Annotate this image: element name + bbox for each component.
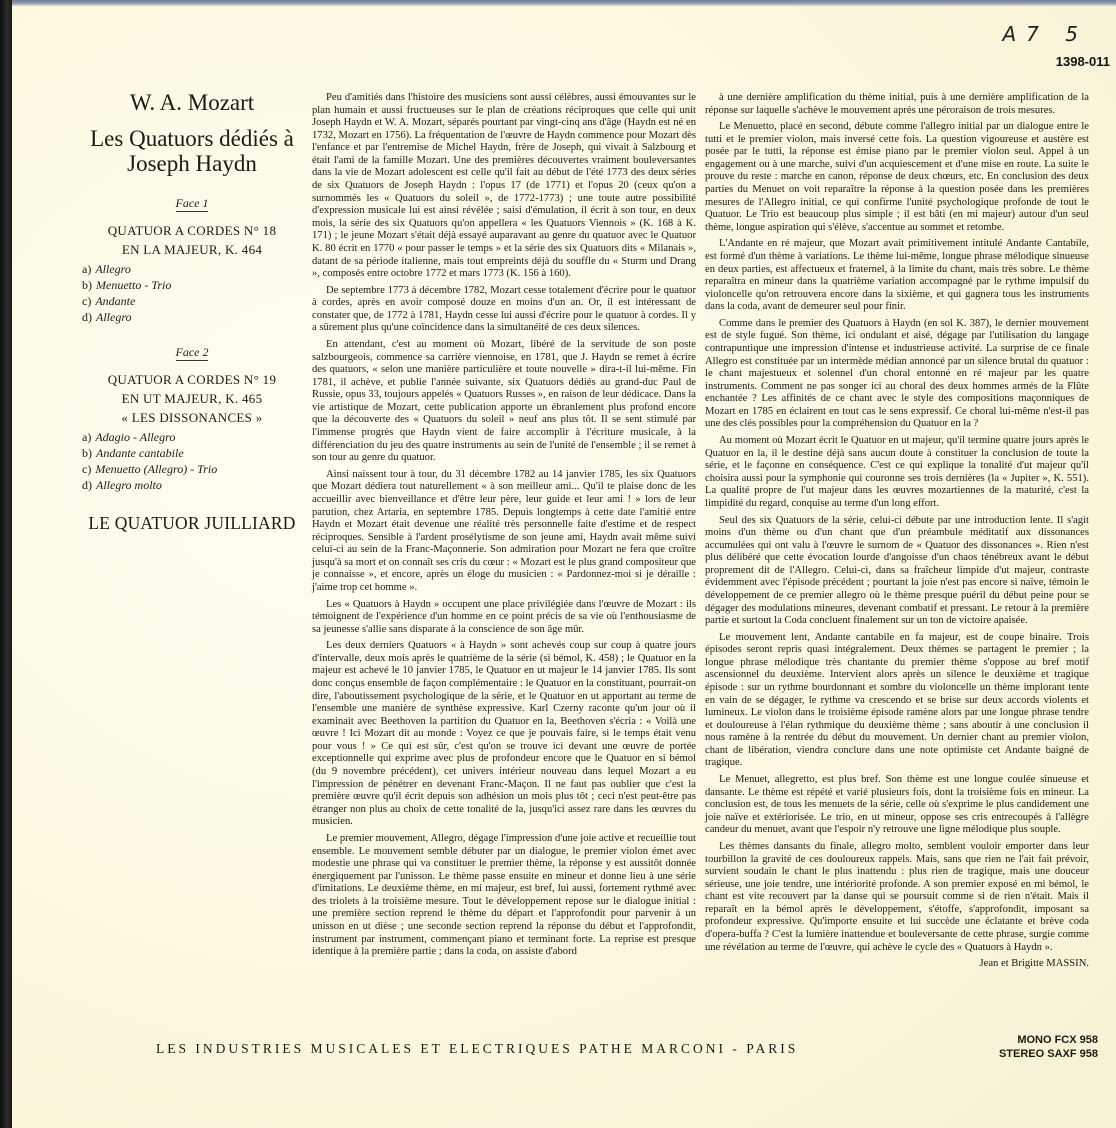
sleeve-spine: [0, 0, 12, 1128]
work-title-line: QUATUOR A CORDES N° 18: [82, 223, 302, 239]
liner-note-paragraph: Au moment où Mozart écrit le Quatuor en …: [705, 435, 1089, 510]
liner-note-paragraph: L'Andante en ré majeur, que Mozart avait…: [705, 238, 1089, 313]
movement-item: b)Andante cantabile: [82, 445, 302, 461]
movement-title: Allegro: [96, 310, 132, 324]
movement-title: Andante: [95, 294, 135, 308]
face-label: Face 2: [82, 345, 302, 360]
liner-notes-column-1: Peu d'amitiés dans l'histoire des musici…: [312, 92, 696, 963]
movement-marker: d): [82, 478, 92, 492]
movement-title: Menuetto (Allegro) - Trio: [95, 462, 217, 476]
movement-title: Menuetto - Trio: [96, 278, 171, 292]
tracklist-panel: W. A. Mozart Les Quatuors dédiés à Josep…: [82, 90, 302, 534]
movement-item: a)Allegro: [82, 261, 302, 277]
mono-reference: MONO FCX 958: [999, 1033, 1098, 1047]
liner-note-paragraph: Ainsi naissent tour à tour, du 31 décemb…: [312, 469, 696, 595]
movement-item: b)Menuetto - Trio: [82, 277, 302, 293]
liner-note-paragraph: Les deux derniers Quatuors « à Haydn » s…: [312, 640, 696, 829]
composer-name: W. A. Mozart: [82, 90, 302, 116]
liner-note-paragraph: Seul des six Quatuors de la série, celui…: [705, 515, 1089, 628]
catalog-references: MONO FCX 958 STEREO SAXF 958: [999, 1033, 1098, 1061]
movement-item: c)Menuetto (Allegro) - Trio: [82, 461, 302, 477]
performer-name: LE QUATUOR JUILLIARD: [82, 513, 302, 534]
liner-note-paragraph: Peu d'amitiés dans l'histoire des musici…: [312, 92, 696, 281]
liner-note-paragraph: Le premier mouvement, Allegro, dégage l'…: [312, 833, 696, 959]
movement-item: d)Allegro molto: [82, 477, 302, 493]
handwritten-annotation: A7 5: [1003, 22, 1089, 46]
movement-title: Andante cantabile: [96, 446, 184, 460]
liner-note-paragraph: En attendant, c'est au moment où Mozart,…: [312, 339, 696, 465]
faces-list: Face 1QUATUOR A CORDES N° 18EN LA MAJEUR…: [82, 196, 302, 493]
publisher-line: LES INDUSTRIES MUSICALES ET ELECTRIQUES …: [156, 1041, 798, 1057]
liner-note-paragraph: Le Menuetto, placé en second, débute com…: [705, 121, 1089, 234]
liner-note-paragraph: De septembre 1773 à décembre 1782, Mozar…: [312, 285, 696, 335]
liner-note-paragraph: Le mouvement lent, Andante cantabile en …: [705, 632, 1089, 770]
movement-title: Allegro molto: [96, 478, 162, 492]
liner-note-paragraph: Les thèmes dansants du finale, allegro m…: [705, 841, 1089, 954]
album-title: Les Quatuors dédiés à Joseph Haydn: [82, 126, 302, 176]
movement-title: Adagio - Allegro: [95, 430, 175, 444]
movement-item: d)Allegro: [82, 309, 302, 325]
movement-item: c)Andante: [82, 293, 302, 309]
movement-marker: d): [82, 310, 92, 324]
liner-note-paragraph: à une dernière amplification du thème in…: [705, 92, 1089, 117]
stereo-reference: STEREO SAXF 958: [999, 1047, 1098, 1061]
movement-marker: c): [82, 294, 91, 308]
movement-marker: b): [82, 278, 92, 292]
movement-item: a)Adagio - Allegro: [82, 429, 302, 445]
work-title-line: « LES DISSONANCES »: [82, 410, 302, 426]
author-signature: Jean et Brigitte MASSIN.: [705, 958, 1089, 971]
movement-marker: a): [82, 262, 91, 276]
liner-note-paragraph: Comme dans le premier des Quatuors à Hay…: [705, 318, 1089, 431]
work-title-line: QUATUOR A CORDES N° 19: [82, 372, 302, 388]
liner-note-paragraph: Le Menuet, allegretto, est plus bref. So…: [705, 774, 1089, 837]
catalog-number: 1398-011: [1056, 54, 1110, 69]
movement-marker: a): [82, 430, 91, 444]
face-label: Face 1: [82, 196, 302, 211]
liner-note-paragraph: Les « Quatuors à Haydn » occupent une pl…: [312, 599, 696, 637]
movement-marker: c): [82, 462, 91, 476]
movement-marker: b): [82, 446, 92, 460]
movement-list: a)Allegrob)Menuetto - Trioc)Andanted)All…: [82, 261, 302, 325]
movement-list: a)Adagio - Allegrob)Andante cantabilec)M…: [82, 429, 302, 493]
work-title-line: EN LA MAJEUR, K. 464: [82, 242, 302, 258]
liner-notes-column-2: à une dernière amplification du thème in…: [705, 92, 1089, 971]
movement-title: Allegro: [95, 262, 131, 276]
work-title-line: EN UT MAJEUR, K. 465: [82, 391, 302, 407]
